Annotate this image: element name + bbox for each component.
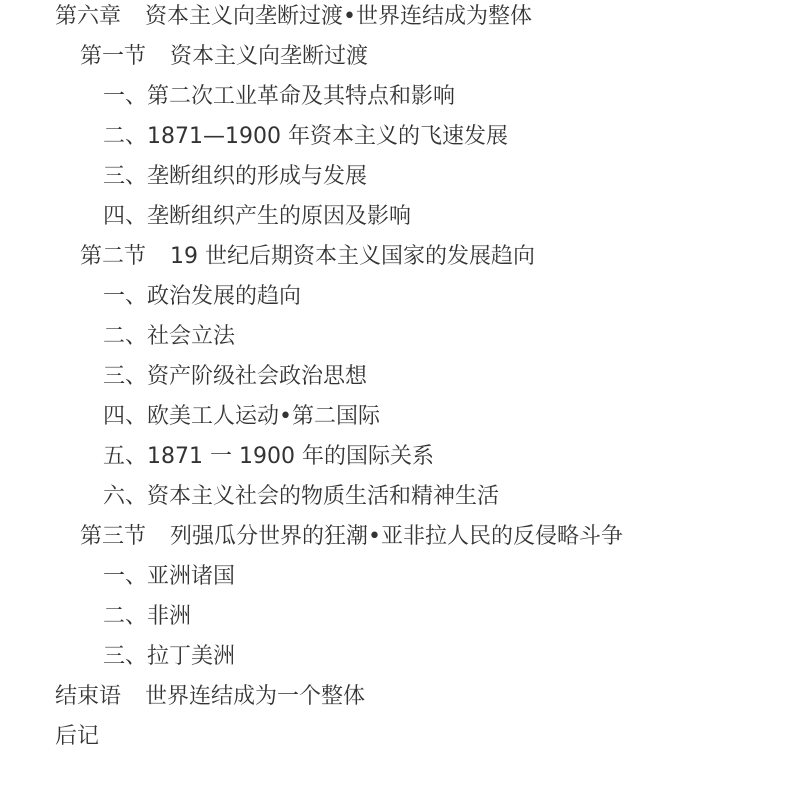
section-title: 19 世纪后期资本主义国家的发展趋向	[170, 244, 535, 269]
chapter-heading[interactable]: 第六章资本主义向垄断过渡•世界连结成为整体	[55, 3, 532, 31]
section-label: 第二节	[80, 244, 146, 269]
section-label: 第一节	[80, 44, 146, 69]
toc-item[interactable]: 三、拉丁美洲	[103, 643, 235, 671]
epilogue-title: 世界连结成为一个整体	[145, 684, 365, 709]
afterword-heading[interactable]: 后记	[55, 723, 99, 751]
toc-item[interactable]: 二、非洲	[103, 603, 191, 631]
toc-item[interactable]: 三、垄断组织的形成与发展	[103, 163, 367, 191]
section-label: 第三节	[80, 524, 146, 549]
toc-item[interactable]: 一、政治发展的趋向	[103, 283, 301, 311]
section-title: 资本主义向垄断过渡	[170, 44, 368, 69]
section-heading-3[interactable]: 第三节列强瓜分世界的狂潮•亚非拉人民的反侵略斗争	[80, 523, 623, 551]
section-heading-1[interactable]: 第一节资本主义向垄断过渡	[80, 43, 368, 71]
table-of-contents: 第六章资本主义向垄断过渡•世界连结成为整体 第一节资本主义向垄断过渡 一、第二次…	[0, 0, 790, 811]
chapter-title: 资本主义向垄断过渡•世界连结成为整体	[145, 4, 532, 29]
toc-item[interactable]: 一、亚洲诸国	[103, 563, 235, 591]
toc-item[interactable]: 四、欧美工人运动•第二国际	[103, 403, 380, 431]
toc-item[interactable]: 二、社会立法	[103, 323, 235, 351]
toc-item[interactable]: 六、资本主义社会的物质生活和精神生活	[103, 483, 499, 511]
toc-item[interactable]: 一、第二次工业革命及其特点和影响	[103, 83, 455, 111]
epilogue-heading[interactable]: 结束语世界连结成为一个整体	[55, 683, 365, 711]
toc-item[interactable]: 三、资产阶级社会政治思想	[103, 363, 367, 391]
toc-item[interactable]: 四、垄断组织产生的原因及影响	[103, 203, 411, 231]
section-heading-2[interactable]: 第二节19 世纪后期资本主义国家的发展趋向	[80, 243, 535, 271]
epilogue-label: 结束语	[55, 684, 121, 709]
toc-item[interactable]: 二、1871—1900 年资本主义的飞速发展	[103, 123, 508, 151]
toc-item[interactable]: 五、1871 一 1900 年的国际关系	[103, 443, 434, 471]
chapter-label: 第六章	[55, 4, 121, 29]
section-title: 列强瓜分世界的狂潮•亚非拉人民的反侵略斗争	[170, 524, 623, 549]
